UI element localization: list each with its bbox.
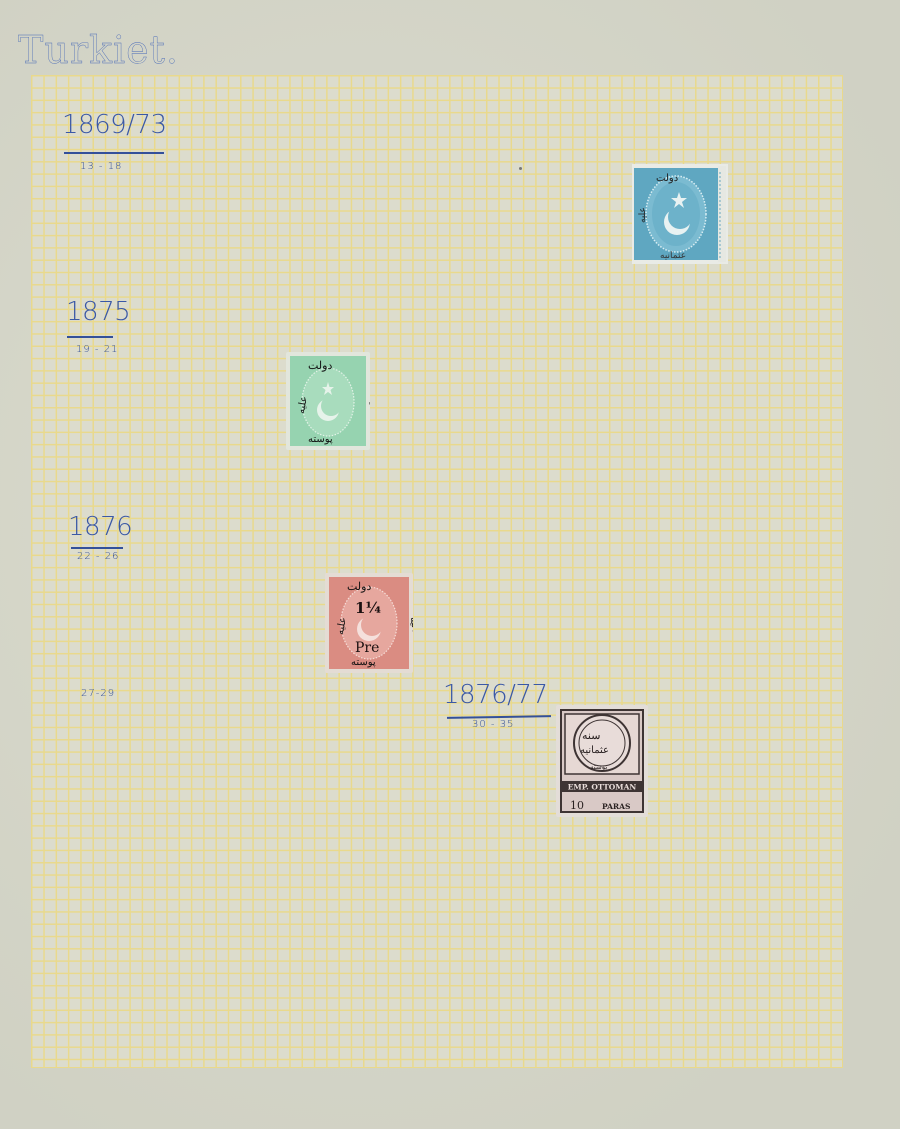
section-underline: [64, 152, 164, 154]
stamp-crescent-surcharge-red: دولت عليه عثمانيه پوسته 1¼ Pre: [325, 573, 413, 673]
svg-text:عليه: عليه: [638, 207, 648, 223]
stamp-unit: PARAS: [602, 802, 630, 811]
catalog-range: 27-29: [81, 688, 115, 699]
stamp-crescent-star-green: دولت عليه عثمانيه پوسته: [286, 352, 370, 450]
section-year-1869-73: 1869/73: [62, 110, 167, 140]
section-year-1876: 1876: [68, 512, 132, 542]
surcharge-value: 1¼: [355, 599, 381, 617]
catalog-range: 13 - 18: [80, 161, 122, 172]
ink-speck: [519, 167, 522, 170]
catalog-range: 19 - 21: [76, 344, 118, 355]
section-year-1875: 1875: [66, 297, 130, 327]
section-underline: [67, 336, 113, 338]
stamp-empire-ottoman-10-paras: سنه عثمانيه پوسته EMP. OTTOMAN 10 PARAS: [556, 705, 648, 817]
svg-text:پوسته: پوسته: [351, 657, 376, 668]
svg-text:دولت: دولت: [347, 580, 371, 593]
stamp-crescent-star-blue: دولت عليه عثمانيه: [632, 164, 728, 264]
surcharge-unit: Pre: [355, 640, 379, 656]
svg-text:پوسته: پوسته: [590, 763, 607, 771]
svg-text:دولت: دولت: [656, 173, 678, 184]
section-year-1876-77: 1876/77: [443, 680, 548, 710]
svg-text:عثمانيه: عثمانيه: [660, 251, 686, 261]
svg-text:دولت: دولت: [308, 359, 332, 372]
catalog-range: 30 - 35: [472, 719, 514, 730]
stamp-value: 10: [570, 799, 584, 812]
section-underline: [71, 547, 123, 549]
stamp-banner: EMP. OTTOMAN: [568, 783, 637, 792]
svg-text:پوسته: پوسته: [308, 434, 333, 445]
svg-text:سنه: سنه: [582, 729, 600, 742]
page-title: Turkiet.: [18, 28, 179, 72]
catalog-range: 22 - 26: [77, 551, 119, 562]
svg-text:عثمانيه: عثمانيه: [580, 745, 609, 756]
